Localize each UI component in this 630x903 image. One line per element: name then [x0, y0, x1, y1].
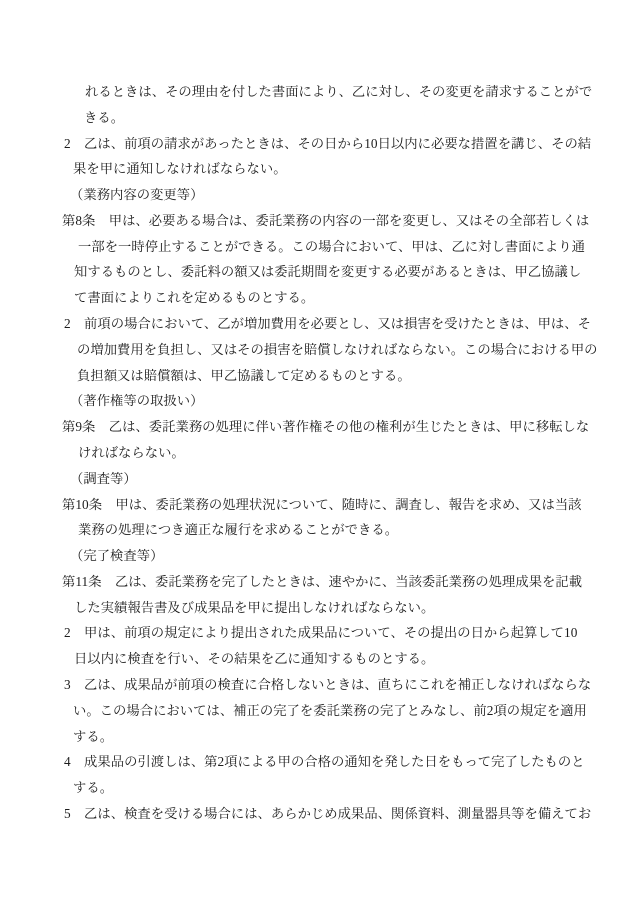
- text-line: 2 甲は、前項の規定により提出された成果品について、その提出の日から起算して10: [62, 620, 607, 646]
- text-line: 5 乙は、検査を受ける場合には、あらかじめ成果品、関係資料、測量器具等を備えてお: [62, 801, 607, 827]
- text-line: 果を甲に通知しなければならない。: [62, 156, 607, 182]
- text-line: 業務の処理につき適正な履行を求めることができる。: [62, 517, 607, 543]
- text-line: 4 成果品の引渡しは、第2項による甲の合格の通知を発した日をもって完了したものと: [62, 749, 607, 775]
- text-line: 2 乙は、前項の請求があったときは、その日から10日以内に必要な措置を講じ、その…: [62, 131, 607, 157]
- text-line: 一部を一時停止することができる。この場合において、甲は、乙に対し書面により通: [62, 234, 607, 260]
- text-line: ければならない。: [62, 440, 607, 466]
- text-line: て書面によりこれを定めるものとする。: [62, 285, 607, 311]
- text-line: 第10条 甲は、委託業務の処理状況について、随時に、調査し、報告を求め、又は当該: [62, 492, 607, 518]
- text-line: 2 前項の場合において、乙が増加費用を必要とし、又は損害を受けたときは、甲は、そ: [62, 311, 607, 337]
- text-line: した実績報告書及び成果品を甲に提出しなければならない。: [62, 595, 607, 621]
- document-page: れるときは、その理由を付した書面により、乙に対し、その変更を請求することができる…: [0, 0, 630, 903]
- text-line: 第8条 甲は、必要ある場合は、委託業務の内容の一部を変更し、又はその全部若しくは: [62, 208, 607, 234]
- text-line: 第9条 乙は、委託業務の処理に伴い著作権その他の権利が生じたときは、甲に移転しな: [62, 414, 607, 440]
- text-line: （業務内容の変更等）: [62, 182, 607, 208]
- text-line: （著作権等の取扱い）: [62, 388, 607, 414]
- text-line: （完了検査等）: [62, 543, 607, 569]
- text-line: 負担額又は賠償額は、甲乙協議して定めるものとする。: [62, 363, 607, 389]
- text-line: の増加費用を負担し、又はその損害を賠償しなければならない。この場合における甲の: [62, 337, 607, 363]
- text-line: 日以内に検査を行い、その結果を乙に通知するものとする。: [62, 646, 607, 672]
- contract-text-block: れるときは、その理由を付した書面により、乙に対し、その変更を請求することができる…: [62, 79, 607, 827]
- text-line: きる。: [62, 105, 607, 131]
- text-line: する。: [62, 724, 607, 750]
- text-line: い。この場合においては、補正の完了を委託業務の完了とみなし、前2項の規定を適用: [62, 698, 607, 724]
- text-line: 第11条 乙は、委託業務を完了したときは、速やかに、当該委託業務の処理成果を記載: [62, 569, 607, 595]
- text-line: れるときは、その理由を付した書面により、乙に対し、その変更を請求することがで: [62, 79, 607, 105]
- text-line: 3 乙は、成果品が前項の検査に合格しないときは、直ちにこれを補正しなければならな: [62, 672, 607, 698]
- text-line: （調査等）: [62, 466, 607, 492]
- text-line: する。: [62, 775, 607, 801]
- text-line: 知するものとし、委託料の額又は委託期間を変更する必要があるときは、甲乙協議し: [62, 259, 607, 285]
